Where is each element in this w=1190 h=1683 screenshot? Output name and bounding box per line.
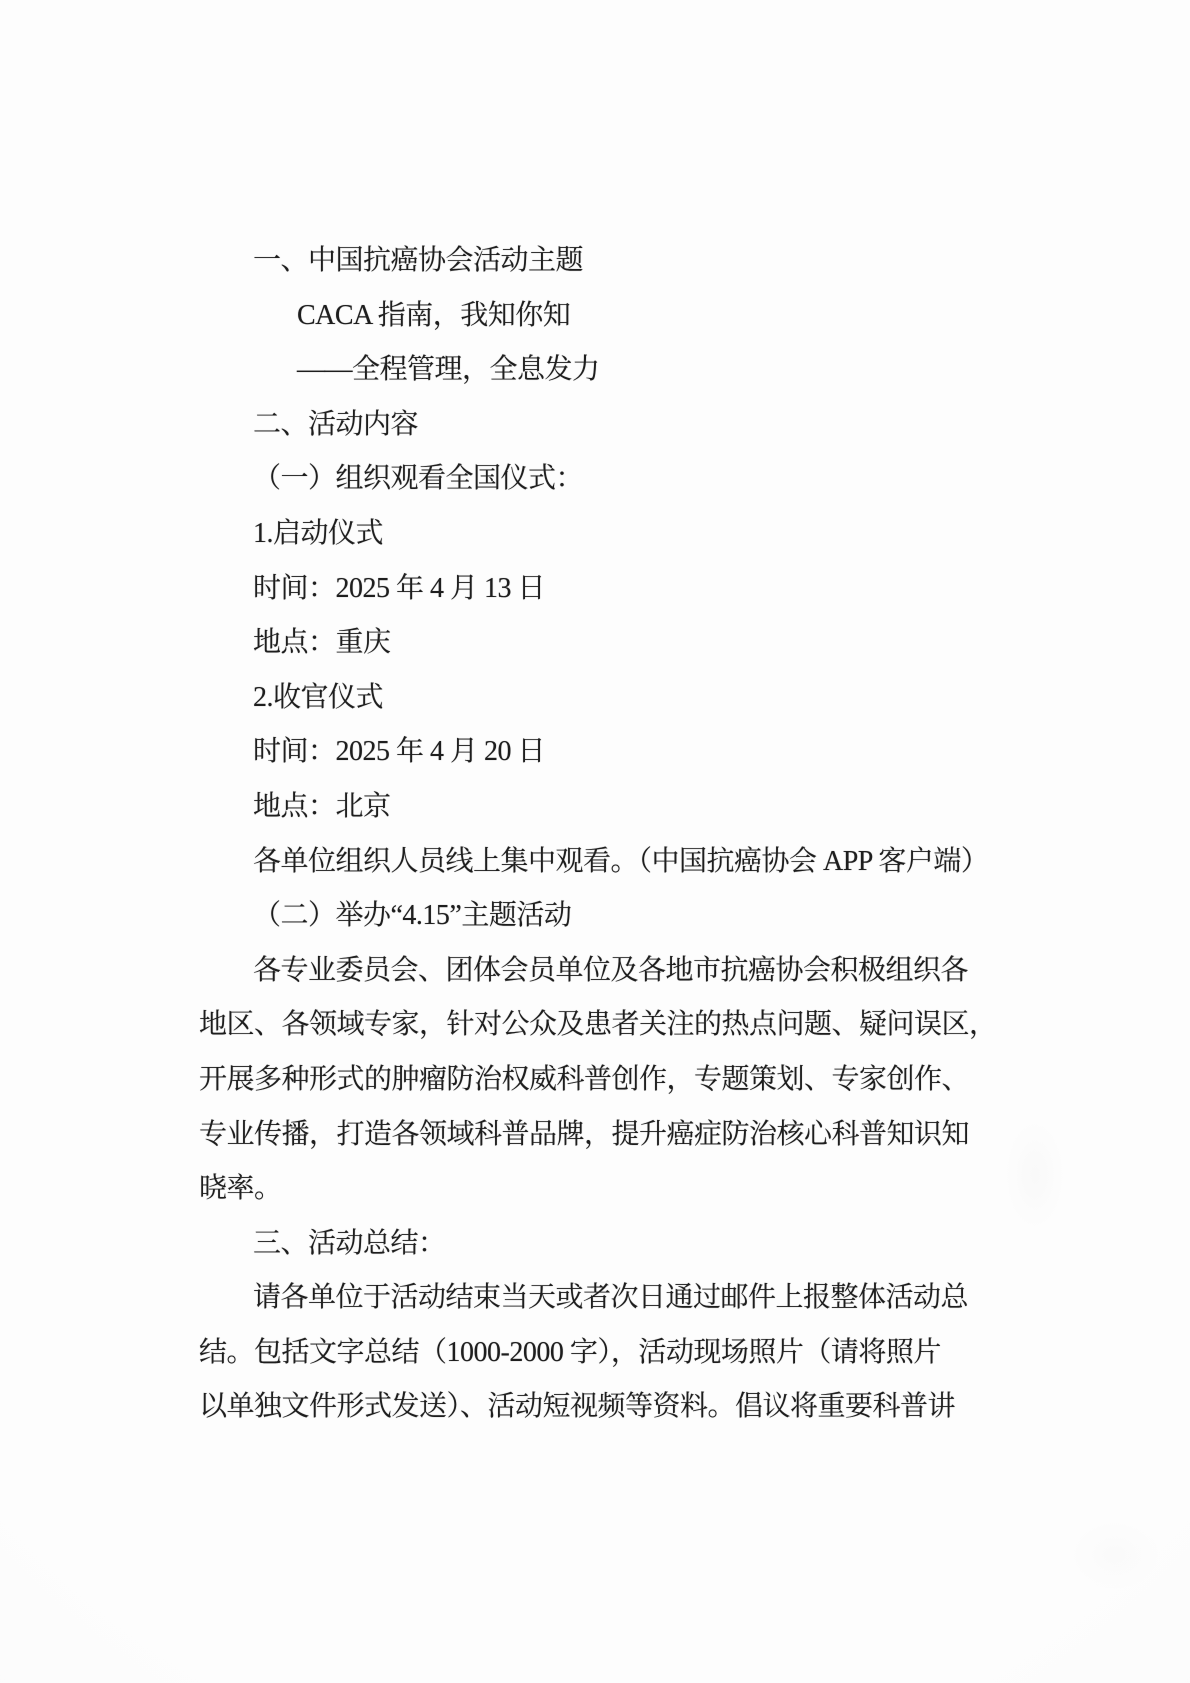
item-2-1-heading: （一）组织观看全国仪式：: [253, 452, 1029, 507]
viewing-note: 各单位组织人员线上集中观看。（中国抗癌协会 APP 客户端）: [253, 835, 1029, 890]
section-3-heading: 三、活动总结：: [253, 1217, 1029, 1272]
ceremony-1-location: 地点：重庆: [253, 616, 1029, 671]
ceremony-2-location: 地点：北京: [253, 780, 1029, 835]
para-3-line-3: 以单独文件形式发送）、活动短视频等资料。倡议将重要科普讲: [199, 1380, 1029, 1435]
para-3-line-1: 请各单位于活动结束当天或者次日通过邮件上报整体活动总: [253, 1271, 1029, 1326]
para-3-line-2: 结。包括文字总结（1000-2000 字），活动现场照片（请将照片: [199, 1326, 1029, 1381]
item-2-2-heading: （二）举办“4.15”主题活动: [253, 889, 1029, 944]
para-2-2-line-4: 专业传播，打造各领域科普品牌，提升癌症防治核心科普知识知: [199, 1108, 1029, 1163]
scanned-document-page: 一、中国抗癌协会活动主题 CACA 指南，我知你知 ——全程管理，全息发力 二、…: [0, 0, 1190, 1683]
ceremony-2-title: 2.收官仪式: [253, 671, 1029, 726]
scan-smudge-artifact: [1070, 1520, 1160, 1590]
para-2-2-line-3: 开展多种形式的肿瘤防治权威科普创作，专题策划、专家创作、: [199, 1053, 1029, 1108]
para-2-2-line-2: 地区、各领域专家，针对公众及患者关注的热点问题、疑问误区，: [199, 998, 1029, 1053]
ceremony-1-title: 1.启动仪式: [253, 507, 1029, 562]
ceremony-2-time: 时间：2025 年 4 月 20 日: [253, 725, 1029, 780]
document-text-block: 一、中国抗癌协会活动主题 CACA 指南，我知你知 ——全程管理，全息发力 二、…: [199, 234, 1029, 1435]
ceremony-1-time: 时间：2025 年 4 月 13 日: [253, 562, 1029, 617]
section-1-heading: 一、中国抗癌协会活动主题: [253, 234, 1029, 289]
section-2-heading: 二、活动内容: [253, 398, 1029, 453]
para-2-2-line-5: 晓率。: [199, 1162, 1029, 1217]
theme-subline: ——全程管理，全息发力: [297, 343, 1029, 398]
para-2-2-line-1: 各专业委员会、团体会员单位及各地市抗癌协会积极组织各: [253, 944, 1029, 999]
theme-line: CACA 指南，我知你知: [297, 289, 1029, 344]
